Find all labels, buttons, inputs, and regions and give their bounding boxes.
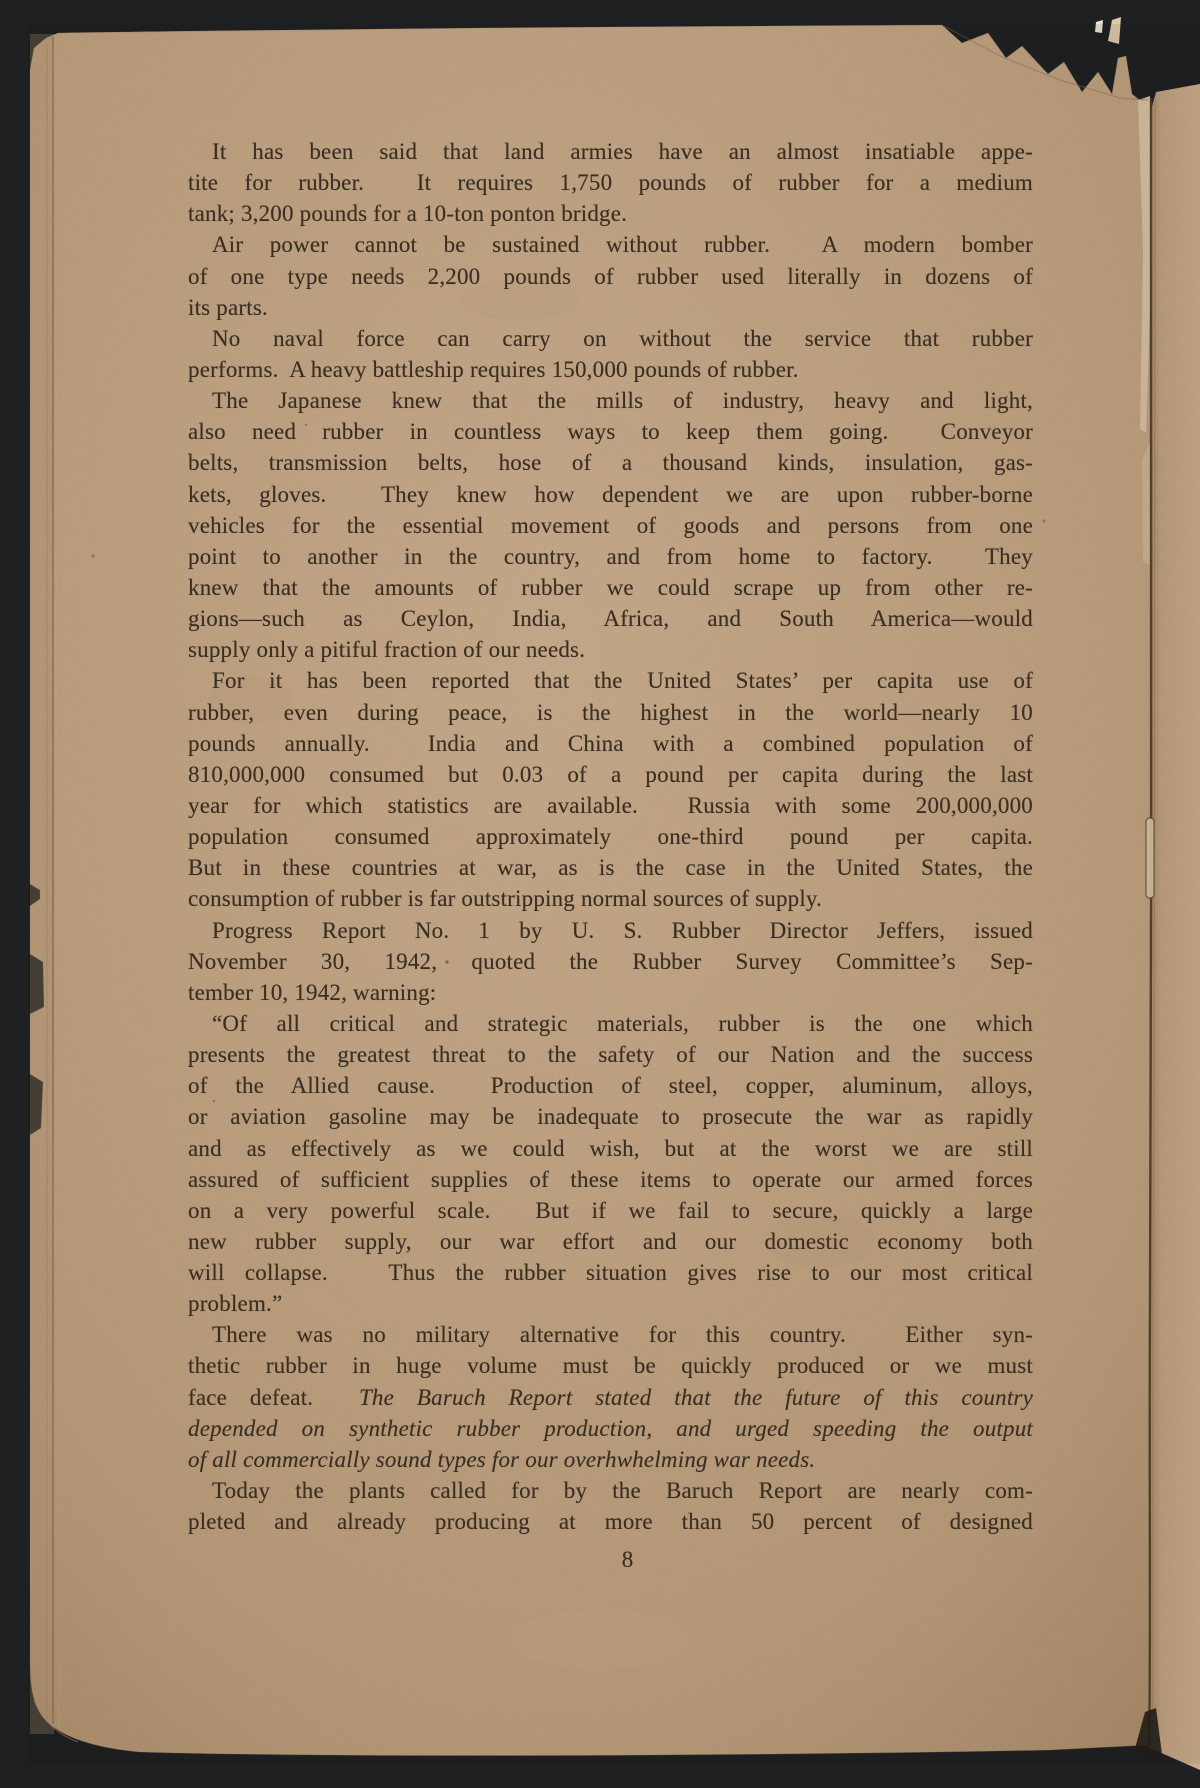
text-line: But in these countries at war, as is the… bbox=[188, 852, 1033, 883]
text-line: vehicles for the essential movement of g… bbox=[188, 510, 1033, 541]
scanned-book-page: It has been said that land armies have a… bbox=[0, 0, 1200, 1788]
text-line: point to another in the country, and fro… bbox=[188, 541, 1033, 572]
text-line: tank; 3,200 pounds for a 10-ton ponton b… bbox=[188, 198, 1033, 229]
text-line: There was no military alternative for th… bbox=[188, 1319, 1033, 1350]
text-line: “Of all critical and strategic materials… bbox=[188, 1008, 1033, 1039]
text-line: The Japanese knew that the mills of indu… bbox=[188, 385, 1033, 416]
text-line: assured of sufficient supplies of these … bbox=[188, 1164, 1033, 1195]
text-line: performs. A heavy battleship requires 15… bbox=[188, 354, 1033, 385]
text-line: Today the plants called for by the Baruc… bbox=[188, 1475, 1033, 1506]
text-line: its parts. bbox=[188, 292, 1033, 323]
text-line: of one type needs 2,200 pounds of rubber… bbox=[188, 261, 1033, 292]
text-line: knew that the amounts of rubber we could… bbox=[188, 572, 1033, 603]
text-line: or aviation gasoline may be inadequate t… bbox=[188, 1101, 1033, 1132]
text-line: consumption of rubber is far outstrippin… bbox=[188, 883, 1033, 914]
page-number: 8 bbox=[570, 1547, 685, 1573]
text-line: pleted and already producing at more tha… bbox=[188, 1506, 1033, 1537]
text-line: of the Allied cause. Production of steel… bbox=[188, 1070, 1033, 1101]
text-line: November 30, 1942, quoted the Rubber Sur… bbox=[188, 946, 1033, 977]
text-line: and as effectively as we could wish, but… bbox=[188, 1133, 1033, 1164]
text-line: presents the greatest threat to the safe… bbox=[188, 1039, 1033, 1070]
text-line: tember 10, 1942, warning: bbox=[188, 977, 1033, 1008]
text-line: kets, gloves. They knew how dependent we… bbox=[188, 479, 1033, 510]
text-line: face defeat. The Baruch Report stated th… bbox=[188, 1382, 1033, 1413]
text-line: supply only a pitiful fraction of our ne… bbox=[188, 634, 1033, 665]
text-line: will collapse. Thus the rubber situation… bbox=[188, 1257, 1033, 1288]
text-line: of all commercially sound types for our … bbox=[188, 1444, 1033, 1475]
text-line: pounds annually. India and China with a … bbox=[188, 728, 1033, 759]
text-line: rubber, even during peace, is the highes… bbox=[188, 697, 1033, 728]
text-line: also need rubber in countless ways to ke… bbox=[188, 416, 1033, 447]
page-text: It has been said that land armies have a… bbox=[188, 136, 1033, 1537]
text-line: gions—such as Ceylon, India, Africa, and… bbox=[188, 603, 1033, 634]
text-line: on a very powerful scale. But if we fail… bbox=[188, 1195, 1033, 1226]
text-line: It has been said that land armies have a… bbox=[188, 136, 1033, 167]
text-line: depended on synthetic rubber production,… bbox=[188, 1413, 1033, 1444]
text-line: population consumed approximately one-th… bbox=[188, 821, 1033, 852]
text-line: Progress Report No. 1 by U. S. Rubber Di… bbox=[188, 915, 1033, 946]
text-line: tite for rubber. It requires 1,750 pound… bbox=[188, 167, 1033, 198]
text-line: For it has been reported that the United… bbox=[188, 665, 1033, 696]
text-line: new rubber supply, our war effort and ou… bbox=[188, 1226, 1033, 1257]
text-line: problem.” bbox=[188, 1288, 1033, 1319]
text-line: Air power cannot be sustained without ru… bbox=[188, 229, 1033, 260]
text-line: thetic rubber in huge volume must be qui… bbox=[188, 1350, 1033, 1381]
text-line: belts, transmission belts, hose of a tho… bbox=[188, 447, 1033, 478]
text-line: No naval force can carry on without the … bbox=[188, 323, 1033, 354]
text-line: year for which statistics are available.… bbox=[188, 790, 1033, 821]
text-line: 810,000,000 consumed but 0.03 of a pound… bbox=[188, 759, 1033, 790]
